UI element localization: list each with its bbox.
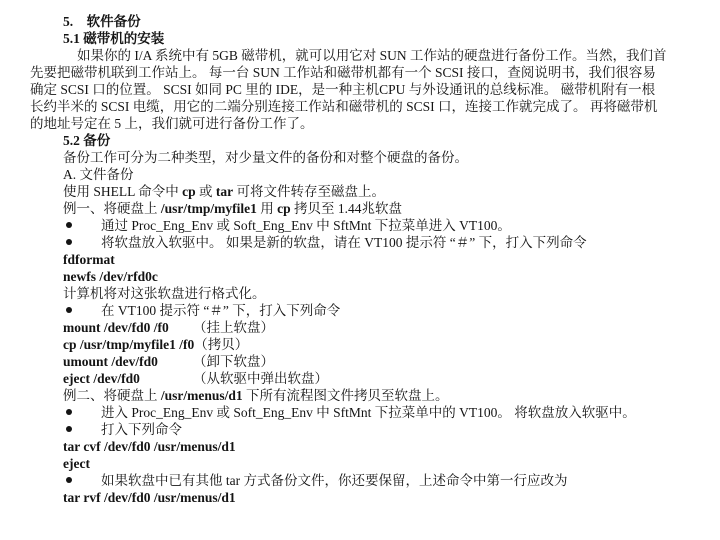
body-text: 例二、将硬盘上: [63, 388, 161, 403]
body-text: 拷贝至 1.44兆软盘: [291, 201, 402, 216]
command-annotation: （挂上软盘）: [193, 320, 274, 335]
command-text: cp: [277, 201, 291, 216]
command-line: cp /usr/tmp/myfile1 /f0（拷贝）: [63, 336, 702, 353]
command-text: tar cvf /dev/fd0 /usr/menus/d1: [63, 439, 236, 454]
bullet-item: 在 VT100 提示符 “＃” 下，打入下列命令: [63, 302, 702, 319]
command-annotation: （从软驱中弹出软盘）: [193, 371, 328, 386]
bullet-item: 将软盘放入软驱中。 如果是新的软盘，请在 VT100 提示符 “＃” 下，打入下…: [63, 234, 702, 251]
paragraph-line: 的地址号定在 5 上，我们就可进行备份工作了。: [30, 115, 702, 132]
body-text: 确定 SCSI 口的位置。 SCSI 如同 PC 里的 IDE，是一种主机CPU…: [30, 82, 655, 97]
body-text: 如果软盘中已有其他 tar 方式备份文件，你还要保留，上述命令中第一行应改为: [101, 473, 568, 488]
bullet-icon: [63, 217, 101, 234]
body-text: 可将文件转存至磁盘上。: [233, 184, 385, 199]
paragraph-line: 确定 SCSI 口的位置。 SCSI 如同 PC 里的 IDE，是一种主机CPU…: [30, 81, 702, 98]
section-heading: 5. 软件备份: [63, 13, 702, 30]
example-line: 例一、将硬盘上 /usr/tmp/myfile1 用 cp 拷贝至 1.44兆软…: [63, 200, 702, 217]
command-line: mount /dev/fd0 /f0（挂上软盘）: [63, 319, 702, 336]
body-text: 使用 SHELL 命令中: [63, 184, 182, 199]
command-line: tar rvf /dev/fd0 /usr/menus/d1: [63, 489, 702, 506]
command-text: cp /usr/tmp/myfile1 /f0: [63, 336, 194, 353]
body-text: 如果你的 I/A 系统中有 5GB 磁带机，就可以用它对 SUN 工作站的硬盘进…: [77, 48, 667, 63]
command-text: /usr/tmp/myfile1: [161, 201, 257, 216]
text-block: 5. 软件备份5.1 磁带机的安装如果你的 I/A 系统中有 5GB 磁带机，就…: [30, 13, 702, 506]
command-text: tar: [216, 184, 233, 199]
body-text: 下所有流程图文件拷贝至软盘上。: [243, 388, 449, 403]
body-text: 通过 Proc_Eng_Env 或 Soft_Eng_Env 中 SftMnt …: [101, 218, 511, 233]
body-text: 打入下列命令: [101, 422, 182, 437]
body-text: A. 文件备份: [63, 167, 134, 182]
body-text: 进入 Proc_Eng_Env 或 Soft_Eng_Env 中 SftMnt …: [101, 405, 636, 420]
section-heading: 5.2 备份: [63, 132, 702, 149]
bullet-icon: [63, 472, 101, 489]
command-text: newfs /dev/rfd0c: [63, 269, 158, 284]
command-annotation: （卸下软盘）: [193, 354, 274, 369]
body-text: 长约半米的 SCSI 电缆，用它的二端分别连接工作站和磁带机的 SCSI 口，连…: [30, 99, 657, 114]
command-text: eject: [63, 456, 90, 471]
command-text: tar rvf /dev/fd0 /usr/menus/d1: [63, 490, 236, 505]
command-text: eject /dev/fd0: [63, 370, 193, 387]
body-text: 例一、将硬盘上: [63, 201, 161, 216]
bullet-icon: [63, 421, 101, 438]
paragraph-line: 备份工作可分为二种类型，对少量文件的备份和对整个硬盘的备份。: [63, 149, 702, 166]
body-text: 的地址号定在 5 上，我们就可进行备份工作了。: [30, 116, 314, 131]
bullet-item: 进入 Proc_Eng_Env 或 Soft_Eng_Env 中 SftMnt …: [63, 404, 702, 421]
command-text: cp: [182, 184, 196, 199]
bullet-item: 如果软盘中已有其他 tar 方式备份文件，你还要保留，上述命令中第一行应改为: [63, 472, 702, 489]
example-line: 例二、将硬盘上 /usr/menus/d1 下所有流程图文件拷贝至软盘上。: [63, 387, 702, 404]
bullet-icon: [63, 404, 101, 421]
body-text: 用: [257, 201, 277, 216]
command-text: 5.2 备份: [63, 133, 110, 148]
command-text: /usr/menus/d1: [161, 388, 243, 403]
paragraph-line: 使用 SHELL 命令中 cp 或 tar 可将文件转存至磁盘上。: [63, 183, 702, 200]
command-line: fdformat: [63, 251, 702, 268]
command-line: eject /dev/fd0（从软驱中弹出软盘）: [63, 370, 702, 387]
body-text: 先要把磁带机联到工作站上。 每一台 SUN 工作站和磁带机都有一个 SCSI 接…: [30, 65, 656, 80]
command-line: tar cvf /dev/fd0 /usr/menus/d1: [63, 438, 702, 455]
command-line: newfs /dev/rfd0c: [63, 268, 702, 285]
bullet-icon: [63, 302, 101, 319]
list-label: A. 文件备份: [63, 166, 702, 183]
command-line: eject: [63, 455, 702, 472]
command-text: umount /dev/fd0: [63, 353, 193, 370]
command-text: mount /dev/fd0 /f0: [63, 319, 193, 336]
paragraph-line: 先要把磁带机联到工作站上。 每一台 SUN 工作站和磁带机都有一个 SCSI 接…: [30, 64, 702, 81]
body-text: 备份工作可分为二种类型，对少量文件的备份和对整个硬盘的备份。: [63, 150, 468, 165]
paragraph-line: 长约半米的 SCSI 电缆，用它的二端分别连接工作站和磁带机的 SCSI 口，连…: [30, 98, 702, 115]
document-body: { "page": { "background": "#ffffff", "te…: [0, 0, 720, 540]
paragraph-line: 如果你的 I/A 系统中有 5GB 磁带机，就可以用它对 SUN 工作站的硬盘进…: [77, 47, 702, 64]
command-text: fdformat: [63, 252, 115, 267]
document-page: 5. 软件备份5.1 磁带机的安装如果你的 I/A 系统中有 5GB 磁带机，就…: [0, 0, 720, 540]
command-annotation: （拷贝）: [194, 337, 248, 352]
bullet-item: 通过 Proc_Eng_Env 或 Soft_Eng_Env 中 SftMnt …: [63, 217, 702, 234]
body-text: 将软盘放入软驱中。 如果是新的软盘，请在 VT100 提示符 “＃” 下，打入下…: [101, 235, 587, 250]
section-heading: 5.1 磁带机的安装: [63, 30, 702, 47]
command-text: 5.1 磁带机的安装: [63, 31, 164, 46]
paragraph-line: 计算机将对这张软盘进行格式化。: [63, 285, 702, 302]
command-line: umount /dev/fd0（卸下软盘）: [63, 353, 702, 370]
body-text: 或: [196, 184, 216, 199]
bullet-item: 打入下列命令: [63, 421, 702, 438]
body-text: 在 VT100 提示符 “＃” 下，打入下列命令: [101, 303, 340, 318]
command-text: 5. 软件备份: [63, 14, 141, 29]
bullet-icon: [63, 234, 101, 251]
body-text: 计算机将对这张软盘进行格式化。: [63, 286, 266, 301]
